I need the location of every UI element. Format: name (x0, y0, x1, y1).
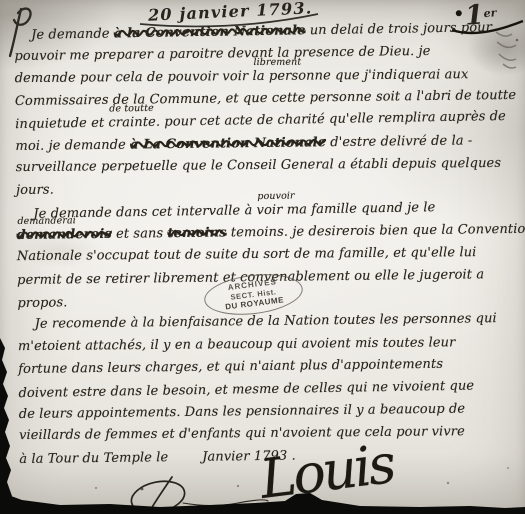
handwritten-text: un delai de trois jours pour (305, 20, 492, 38)
handwritten-text: voir (256, 202, 282, 217)
ink-dot (456, 10, 462, 16)
handwritten-text: ma famille quand je le (282, 200, 435, 218)
handwritten-text: . pour cet acte de charité qu'elle rempl… (156, 109, 506, 130)
handwritten-text: Je recomende à la bienfaisance de la Nat… (35, 312, 497, 333)
manuscript-line: vieillards de femmes et d'enfants qui n'… (19, 421, 523, 448)
handwritten-text: temoins. je desirerois bien que la Conve… (227, 222, 525, 241)
struck-text: à La Convention Nationale (130, 135, 326, 152)
handwritten-text: pouvoir me preparer a paroitre devant la… (14, 44, 430, 64)
handwritten-text: crainte (108, 115, 156, 131)
interlinear-insertion: demanderaidemanderois (16, 224, 111, 247)
paraph-flourish (128, 477, 268, 514)
struck-text: temoins (167, 226, 226, 242)
handwritten-text: m'etoient attachés, il y en a beaucoup q… (18, 335, 456, 354)
handwritten-text: la personne (253, 68, 331, 84)
interlinear-insertion: librementla personne (252, 65, 331, 88)
struck-text: à la Convention Nationale (114, 23, 306, 41)
manuscript-line: surveillance perpetuelle que le Conseil … (16, 153, 520, 180)
manuscript-lines: Je demande à la Convention Nationale un … (14, 18, 523, 471)
handwritten-text: propos. (17, 295, 67, 311)
struck-text: demanderois (16, 227, 111, 243)
torn-edge-left (0, 338, 12, 514)
manuscript-page: 20 janvier 1793. 1er Je demande à la Con… (0, 0, 525, 514)
inserted-text: demanderai (17, 216, 76, 226)
handwritten-text: que j'indiquerai aux (331, 67, 469, 83)
handwritten-text: jours. (16, 183, 54, 198)
handwritten-text: moi. je demande (15, 137, 130, 153)
handwritten-text: Nationale s'occupat tout de suite du sor… (17, 246, 477, 265)
interlinear-insertion: de touttecrainte (108, 112, 156, 135)
inserted-text: pouvoir (257, 191, 294, 201)
manuscript-line: demande pour cela de pouvoir voir librem… (15, 63, 519, 90)
handwritten-text: de leurs appointements. Dans les pension… (19, 401, 466, 421)
handwritten-text: vieillards de femmes et d'enfants qui n'… (19, 424, 465, 443)
handwritten-text: d'estre delivré de la - (326, 133, 473, 150)
manuscript-line: m'etoient attachés, il y en a beaucoup q… (18, 332, 522, 359)
handwritten-text: fortune dans leurs charges, et qui n'aia… (18, 357, 443, 377)
handwritten-text: doivent estre dans le besoin, et mesme d… (18, 378, 474, 401)
handwritten-text: Commissaires de la Commune, et que cette… (15, 88, 516, 109)
inserted-text: de toutte (109, 104, 154, 114)
inserted-text: librement (253, 57, 301, 66)
handwritten-text: Je demande (31, 26, 114, 42)
interlinear-insertion: pouvoirvoir (256, 199, 282, 222)
handwritten-text: à la Tour du Temple le Janvier 1793 . (19, 448, 296, 466)
handwritten-text: demande pour cela de pouvoir voir (15, 69, 253, 86)
handwritten-text: et sans (112, 226, 168, 242)
handwritten-text: inquietude et (15, 116, 109, 133)
handwritten-text: surveillance perpetuelle que le Conseil … (16, 156, 501, 175)
